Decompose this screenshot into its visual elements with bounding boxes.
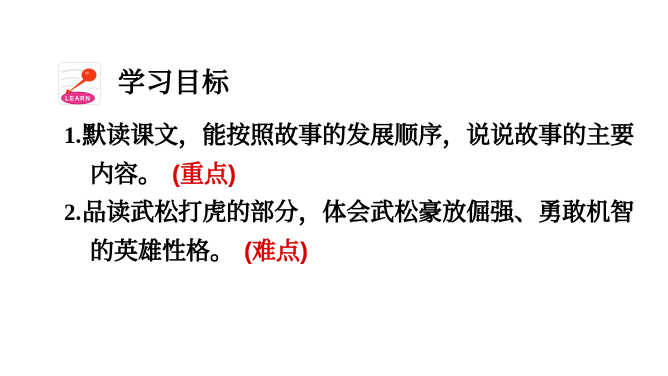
objective-1-text-continued: 内容。 [90, 161, 162, 188]
key-point-tag: (重点) [172, 161, 236, 188]
objective-2-number: 2. [64, 200, 82, 225]
objective-2-line-2: 的英雄性格。(难点) [64, 233, 636, 272]
learn-banner-label: LEARN [65, 97, 91, 103]
slide: LEARN 学习目标 1.默读课文，能按照故事的发展顺序，说说故事的主要 内容。… [0, 0, 668, 376]
header: LEARN 学习目标 [58, 62, 230, 105]
objective-2-text-continued: 的英雄性格。 [90, 238, 234, 265]
objectives-list: 1.默读课文，能按照故事的发展顺序，说说故事的主要 内容。(重点) 2.品读武松… [64, 117, 636, 271]
objective-2-line-1: 2.品读武松打虎的部分，体会武松豪放倔强、勇敢机智 [64, 194, 636, 233]
objective-item-1: 1.默读课文，能按照故事的发展顺序，说说故事的主要 内容。(重点) [64, 117, 636, 194]
objective-2-text: 品读武松打虎的部分，体会武松豪放倔强、勇敢机智 [82, 199, 634, 226]
objective-1-line-1: 1.默读课文，能按照故事的发展顺序，说说故事的主要 [64, 117, 636, 156]
difficult-point-tag: (难点) [244, 238, 308, 265]
learn-dart-icon: LEARN [58, 62, 101, 105]
objective-1-text: 默读课文，能按照故事的发展顺序，说说故事的主要 [82, 122, 634, 149]
objective-item-2: 2.品读武松打虎的部分，体会武松豪放倔强、勇敢机智 的英雄性格。(难点) [64, 194, 636, 271]
page-title: 学习目标 [118, 62, 230, 105]
objective-1-number: 1. [64, 123, 82, 148]
objective-1-line-2: 内容。(重点) [64, 156, 636, 195]
